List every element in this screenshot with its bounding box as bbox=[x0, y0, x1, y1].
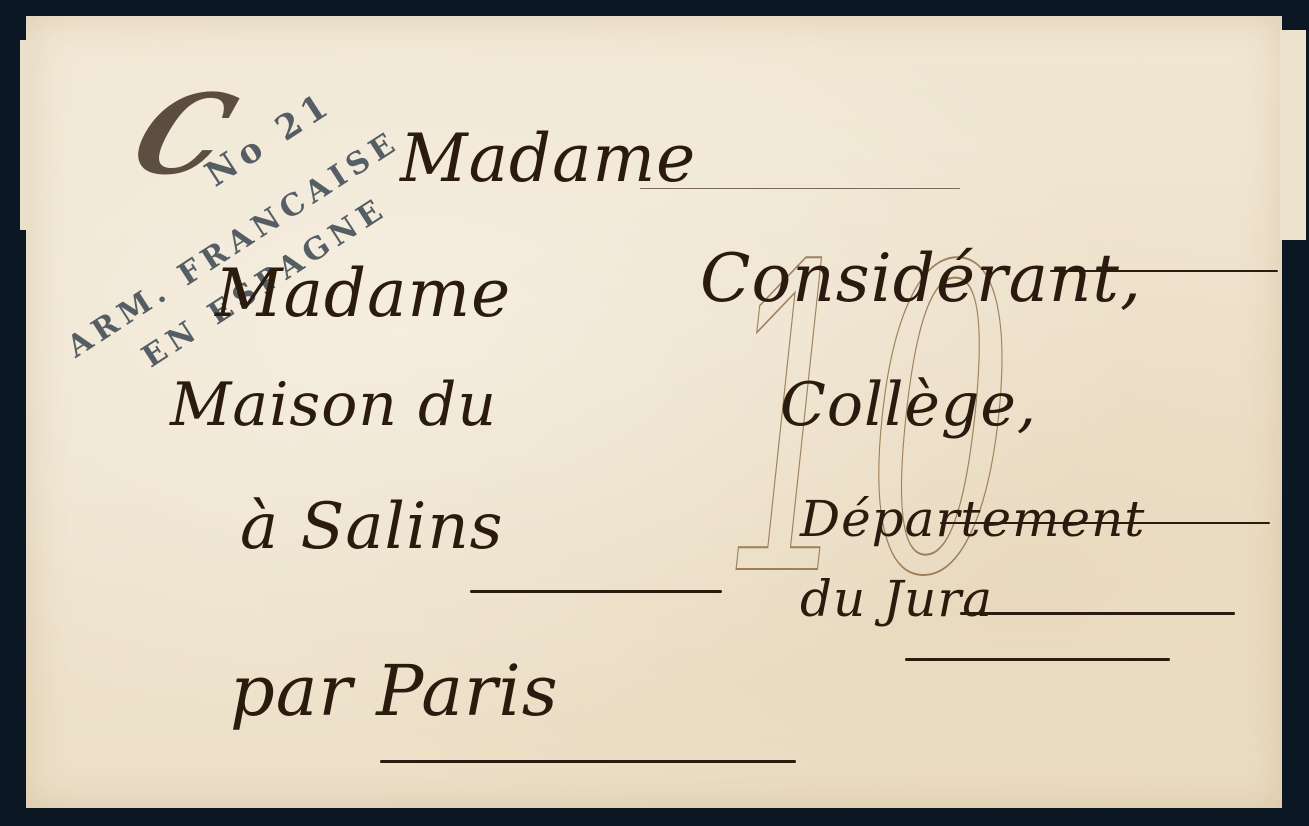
address-department-cont: du Jura bbox=[800, 570, 993, 628]
flourish-line bbox=[940, 522, 1270, 524]
address-recipient-title: Madame bbox=[215, 255, 511, 332]
address-via: par Paris bbox=[230, 650, 559, 732]
flourish-line bbox=[960, 612, 1235, 615]
address-salutation: Madame bbox=[400, 120, 696, 197]
letter-flap-left bbox=[20, 40, 34, 230]
address-recipient-name: Considérant, bbox=[700, 240, 1142, 317]
address-department: Département bbox=[800, 490, 1145, 548]
underline-via bbox=[380, 760, 796, 763]
underline-department bbox=[905, 658, 1170, 661]
flourish-line bbox=[1050, 270, 1278, 272]
address-city: à Salins bbox=[240, 490, 504, 564]
address-house-cont: Collège, bbox=[780, 370, 1037, 440]
address-house: Maison du bbox=[170, 370, 497, 440]
underline-city bbox=[470, 590, 722, 593]
flourish-line bbox=[640, 188, 960, 189]
letter-flap-right bbox=[1280, 30, 1306, 240]
